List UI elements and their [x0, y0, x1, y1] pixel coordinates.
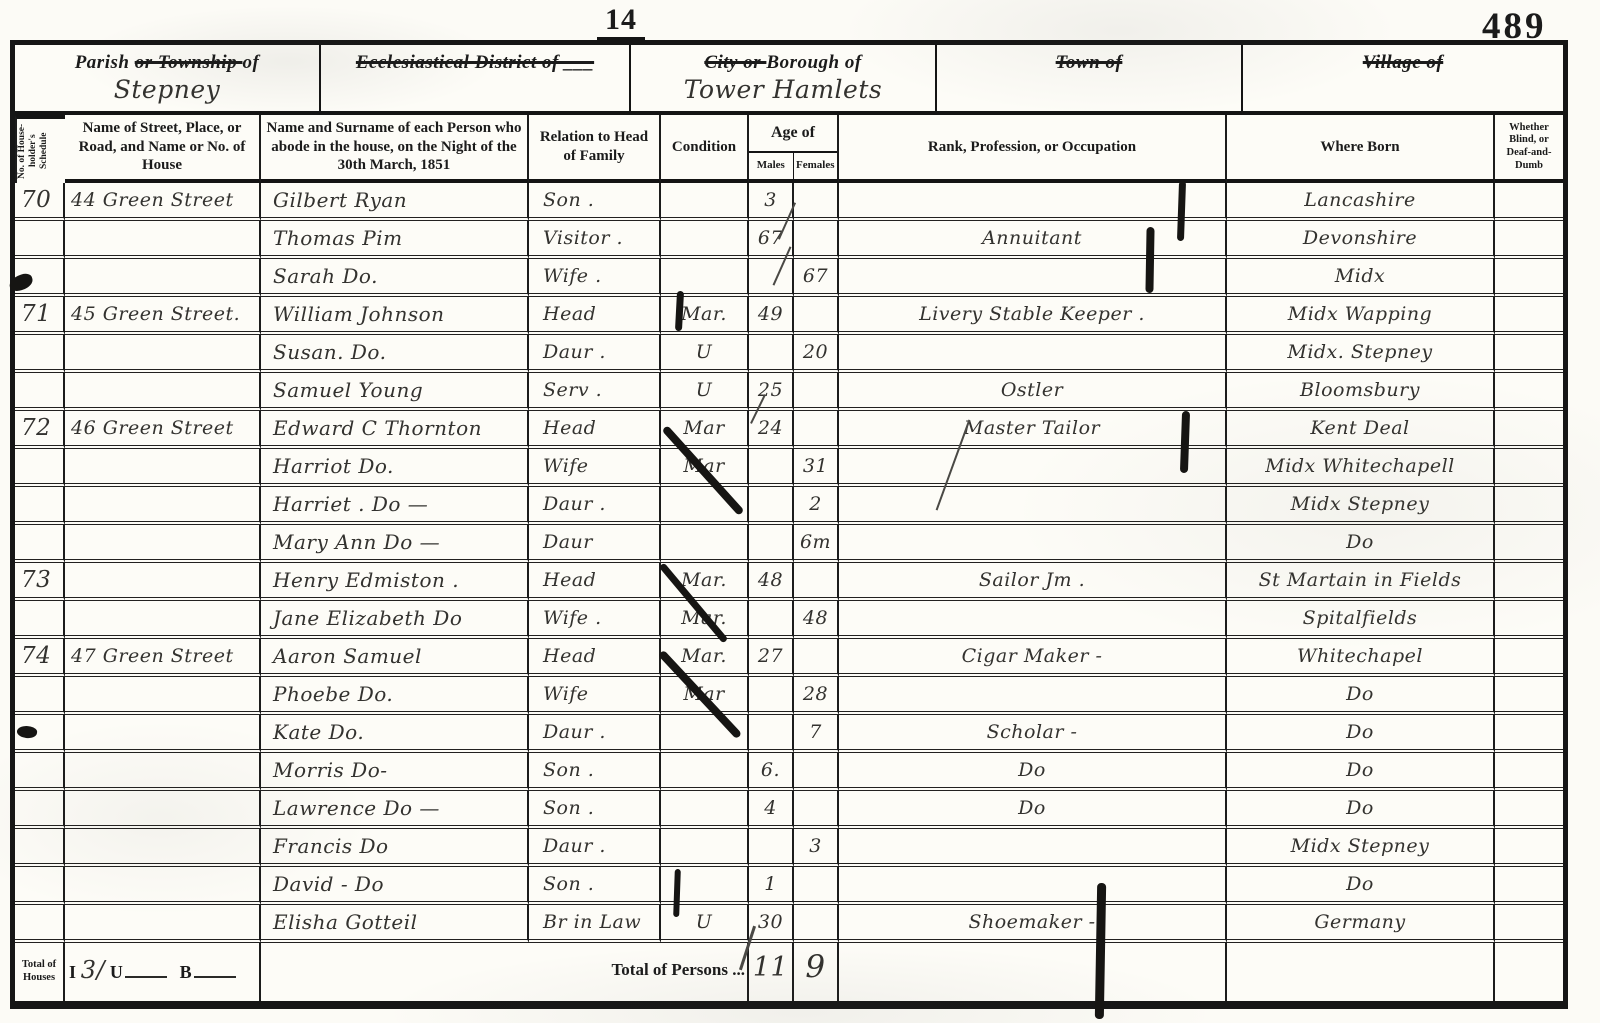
borough-cell: City or Borough of Tower Hamlets	[631, 45, 937, 111]
column-header-occupation: Rank, Profession, or Occupation	[839, 115, 1227, 183]
cell-age-male: 67	[749, 221, 794, 259]
cell-relation: Daur .	[529, 487, 661, 525]
cell-where-born: Lancashire	[1227, 183, 1495, 221]
cell-condition: U	[661, 905, 749, 943]
column-header-schedule: No. of House-holder's Schedule	[15, 115, 65, 183]
cell-occupation	[839, 867, 1227, 905]
cell-age-male	[749, 487, 794, 525]
cell-relation: Serv .	[529, 373, 661, 411]
cell-street	[65, 373, 261, 411]
cell-where-born: Do	[1227, 867, 1495, 905]
cell-street	[65, 753, 261, 791]
column-header-relation: Relation to Head of Family	[529, 115, 661, 183]
cell-person-name: Edward C Thornton	[261, 411, 529, 449]
cell-age-male: 27	[749, 639, 794, 677]
cell-where-born: Do	[1227, 677, 1495, 715]
cell-infirm	[1495, 601, 1563, 639]
column-header-street: Name of Street, Place, or Road, and Name…	[65, 115, 261, 183]
cell-street	[65, 563, 261, 601]
cell-relation: Wife	[529, 677, 661, 715]
total-males: 11	[749, 943, 794, 1001]
total-occupation-blank	[839, 943, 1227, 1001]
cell-street	[65, 601, 261, 639]
borough-value: Tower Hamlets	[631, 75, 935, 104]
cell-infirm	[1495, 829, 1563, 867]
cell-relation: Head	[529, 411, 661, 449]
cell-street	[65, 335, 261, 373]
cell-age-female: 67	[794, 259, 839, 297]
cell-age-male	[749, 449, 794, 487]
total-houses-value: 3/	[81, 956, 105, 984]
parish-cell: Parish or Township of Stepney	[15, 45, 321, 111]
cell-condition	[661, 259, 749, 297]
cell-age-female	[794, 563, 839, 601]
cell-age-male	[749, 715, 794, 753]
cell-relation: Visitor .	[529, 221, 661, 259]
cell-condition: Mar	[661, 449, 749, 487]
cell-where-born: St Martain in Fields	[1227, 563, 1495, 601]
cell-relation: Wife .	[529, 259, 661, 297]
cell-person-name: Sarah Do.	[261, 259, 529, 297]
cell-schedule-number	[15, 715, 65, 753]
cell-age-male	[749, 335, 794, 373]
cell-street	[65, 905, 261, 943]
cell-age-female	[794, 639, 839, 677]
cell-infirm	[1495, 297, 1563, 335]
cell-street	[65, 449, 261, 487]
total-persons-label: Total of Persons ...	[261, 943, 749, 1001]
cell-person-name: Gilbert Ryan	[261, 183, 529, 221]
cell-person-name: Morris Do-	[261, 753, 529, 791]
cell-age-female: 28	[794, 677, 839, 715]
cell-schedule-number	[15, 259, 65, 297]
cell-age-female	[794, 297, 839, 335]
cell-where-born: Do	[1227, 791, 1495, 829]
cell-relation: Son .	[529, 867, 661, 905]
cell-age-female: 31	[794, 449, 839, 487]
cell-street: 45 Green Street.	[65, 297, 261, 335]
village-cell: Village of	[1243, 45, 1563, 111]
cell-occupation	[839, 601, 1227, 639]
cell-relation: Wife .	[529, 601, 661, 639]
cell-occupation: Do	[839, 791, 1227, 829]
cell-person-name: Aaron Samuel	[261, 639, 529, 677]
cell-street: 46 Green Street	[65, 411, 261, 449]
cell-infirm	[1495, 753, 1563, 791]
cell-age-male	[749, 677, 794, 715]
cell-age-female: 7	[794, 715, 839, 753]
cell-condition: Mar	[661, 411, 749, 449]
cell-condition	[661, 183, 749, 221]
cell-occupation	[839, 829, 1227, 867]
census-sheet: Parish or Township of Stepney Ecclesiast…	[10, 40, 1568, 1009]
cell-infirm	[1495, 411, 1563, 449]
cell-relation: Daur .	[529, 335, 661, 373]
cell-street: 47 Green Street	[65, 639, 261, 677]
inhabited-label: I	[69, 962, 76, 982]
cell-street	[65, 829, 261, 867]
town-label: Town of	[1056, 52, 1123, 73]
building-blank	[194, 964, 236, 978]
page-number: 14	[597, 3, 645, 41]
cell-infirm	[1495, 373, 1563, 411]
census-scan-page: { "page": { "page_number": "14", "folio_…	[0, 0, 1600, 1023]
cell-condition: U	[661, 373, 749, 411]
cell-where-born: Midx Stepney	[1227, 487, 1495, 525]
cell-street	[65, 867, 261, 905]
cell-street	[65, 677, 261, 715]
cell-age-female	[794, 905, 839, 943]
cell-condition: Mar	[661, 677, 749, 715]
cell-age-female	[794, 411, 839, 449]
cell-schedule-number	[15, 373, 65, 411]
cell-person-name: Samuel Young	[261, 373, 529, 411]
cell-infirm	[1495, 335, 1563, 373]
cell-where-born: Do	[1227, 753, 1495, 791]
cell-condition	[661, 487, 749, 525]
cell-age-female: 20	[794, 335, 839, 373]
cell-occupation: Annuitant	[839, 221, 1227, 259]
cell-where-born: Germany	[1227, 905, 1495, 943]
column-header-born: Where Born	[1227, 115, 1495, 183]
cell-where-born: Spitalfields	[1227, 601, 1495, 639]
total-born-blank	[1227, 943, 1495, 1001]
cell-person-name: Susan. Do.	[261, 335, 529, 373]
cell-person-name: Harriot Do.	[261, 449, 529, 487]
cell-street: 44 Green Street	[65, 183, 261, 221]
cell-where-born: Devonshire	[1227, 221, 1495, 259]
cell-age-male: 25	[749, 373, 794, 411]
cell-age-female	[794, 867, 839, 905]
cell-occupation: Ostler	[839, 373, 1227, 411]
cell-age-male	[749, 259, 794, 297]
cell-infirm	[1495, 715, 1563, 753]
cell-where-born: Midx Whitechapell	[1227, 449, 1495, 487]
cell-infirm	[1495, 221, 1563, 259]
cell-occupation	[839, 449, 1227, 487]
cell-relation: Daur .	[529, 715, 661, 753]
cell-age-female	[794, 373, 839, 411]
cell-infirm	[1495, 677, 1563, 715]
cell-person-name: Harriet . Do —	[261, 487, 529, 525]
ecclesiastical-district-cell: Ecclesiastical District of ___	[321, 45, 631, 111]
cell-infirm	[1495, 183, 1563, 221]
cell-age-male: 3	[749, 183, 794, 221]
cell-relation: Br in Law	[529, 905, 661, 943]
column-header-infirm: Whether Blind, or Deaf-and-Dumb	[1495, 115, 1563, 183]
cell-condition: Mar.	[661, 601, 749, 639]
cell-person-name: Jane Elizabeth Do	[261, 601, 529, 639]
parish-label: Parish or Township of	[75, 52, 260, 73]
cell-person-name: Thomas Pim	[261, 221, 529, 259]
cell-occupation: Master Tailor	[839, 411, 1227, 449]
cell-where-born: Do	[1227, 715, 1495, 753]
cell-infirm	[1495, 449, 1563, 487]
cell-street	[65, 487, 261, 525]
cell-occupation: Shoemaker -	[839, 905, 1227, 943]
cell-age-female	[794, 753, 839, 791]
cell-person-name: Francis Do	[261, 829, 529, 867]
cell-occupation	[839, 525, 1227, 563]
cell-condition	[661, 221, 749, 259]
cell-where-born: Whitechapel	[1227, 639, 1495, 677]
cell-relation: Son .	[529, 753, 661, 791]
cell-age-male	[749, 525, 794, 563]
cell-condition	[661, 753, 749, 791]
cell-person-name: Phoebe Do.	[261, 677, 529, 715]
column-header-names: Name and Surname of each Person who abod…	[261, 115, 529, 183]
cell-age-female: 2	[794, 487, 839, 525]
cell-age-male: 6.	[749, 753, 794, 791]
cell-where-born: Do	[1227, 525, 1495, 563]
parish-value: Stepney	[15, 75, 319, 104]
cell-schedule-number	[15, 221, 65, 259]
cell-condition: U	[661, 335, 749, 373]
column-header-condition: Condition	[661, 115, 749, 183]
cell-age-male: 48	[749, 563, 794, 601]
cell-relation: Head	[529, 563, 661, 601]
cell-person-name: Lawrence Do —	[261, 791, 529, 829]
cell-occupation	[839, 335, 1227, 373]
cell-schedule-number	[15, 487, 65, 525]
cell-schedule-number	[15, 791, 65, 829]
cell-schedule-number	[15, 829, 65, 867]
cell-occupation: Sailor Jm .	[839, 563, 1227, 601]
cell-occupation: Do	[839, 753, 1227, 791]
cell-street	[65, 259, 261, 297]
cell-infirm	[1495, 563, 1563, 601]
cell-infirm	[1495, 639, 1563, 677]
total-infirm-blank	[1495, 943, 1563, 1001]
ecclesiastical-district-label: Ecclesiastical District of ___	[356, 52, 594, 73]
cell-infirm	[1495, 259, 1563, 297]
cell-condition	[661, 791, 749, 829]
total-houses-label: Total of Houses	[15, 943, 65, 1001]
cell-condition: Mar.	[661, 639, 749, 677]
cell-age-female: 3	[794, 829, 839, 867]
total-females: 9	[794, 943, 839, 1001]
cell-age-male: 49	[749, 297, 794, 335]
cell-occupation	[839, 183, 1227, 221]
uninhabited-label: U	[110, 962, 123, 982]
cell-condition: Mar.	[661, 297, 749, 335]
building-label: B	[180, 962, 192, 982]
cell-age-male: 4	[749, 791, 794, 829]
cell-schedule-number: 72	[15, 411, 65, 449]
cell-schedule-number	[15, 905, 65, 943]
cell-schedule-number: 74	[15, 639, 65, 677]
cell-street	[65, 791, 261, 829]
cell-person-name: David - Do	[261, 867, 529, 905]
cell-age-male	[749, 601, 794, 639]
cell-street	[65, 221, 261, 259]
cell-where-born: Midx. Stepney	[1227, 335, 1495, 373]
cell-relation: Daur	[529, 525, 661, 563]
cell-relation: Son .	[529, 183, 661, 221]
cell-condition	[661, 867, 749, 905]
cell-schedule-number	[15, 753, 65, 791]
cell-relation: Head	[529, 639, 661, 677]
cell-schedule-number	[15, 601, 65, 639]
cell-age-female	[794, 221, 839, 259]
cell-where-born: Kent Deal	[1227, 411, 1495, 449]
cell-schedule-number	[15, 525, 65, 563]
cell-age-female: 48	[794, 601, 839, 639]
cell-age-male: 1	[749, 867, 794, 905]
cell-where-born: Midx Wapping	[1227, 297, 1495, 335]
cell-schedule-number	[15, 335, 65, 373]
cell-occupation	[839, 259, 1227, 297]
cell-person-name: Mary Ann Do —	[261, 525, 529, 563]
cell-infirm	[1495, 867, 1563, 905]
cell-schedule-number	[15, 677, 65, 715]
cell-where-born: Midx Stepney	[1227, 829, 1495, 867]
cell-person-name: William Johnson	[261, 297, 529, 335]
cell-age-male: 24	[749, 411, 794, 449]
cell-street	[65, 715, 261, 753]
males-label: Males	[749, 153, 794, 179]
cell-age-female	[794, 183, 839, 221]
town-cell: Town of	[937, 45, 1243, 111]
cell-schedule-number: 73	[15, 563, 65, 601]
census-table: No. of House-holder's Schedule Name of S…	[15, 115, 1563, 1001]
cell-condition: Mar.	[661, 563, 749, 601]
cell-condition	[661, 525, 749, 563]
cell-relation: Daur .	[529, 829, 661, 867]
cell-street	[65, 525, 261, 563]
cell-schedule-number	[15, 449, 65, 487]
cell-occupation	[839, 677, 1227, 715]
total-houses-values: I 3/ U B	[65, 943, 261, 1001]
cell-occupation: Cigar Maker -	[839, 639, 1227, 677]
cell-where-born: Midx	[1227, 259, 1495, 297]
column-header-age: Age of Males Females	[749, 115, 839, 183]
cell-relation: Son .	[529, 791, 661, 829]
cell-person-name: Henry Edmiston .	[261, 563, 529, 601]
cell-age-male: 30	[749, 905, 794, 943]
uninhabited-blank	[125, 964, 167, 978]
cell-relation: Wife	[529, 449, 661, 487]
cell-infirm	[1495, 905, 1563, 943]
cell-infirm	[1495, 525, 1563, 563]
cell-schedule-number	[15, 867, 65, 905]
cell-person-name: Elisha Gotteil	[261, 905, 529, 943]
cell-infirm	[1495, 791, 1563, 829]
district-header: Parish or Township of Stepney Ecclesiast…	[15, 45, 1563, 115]
cell-schedule-number: 71	[15, 297, 65, 335]
age-of-label: Age of	[749, 115, 837, 153]
females-label: Females	[794, 153, 838, 179]
cell-schedule-number: 70	[15, 183, 65, 221]
cell-condition	[661, 829, 749, 867]
cell-occupation: Livery Stable Keeper .	[839, 297, 1227, 335]
cell-occupation	[839, 487, 1227, 525]
cell-occupation: Scholar -	[839, 715, 1227, 753]
cell-age-female: 6m	[794, 525, 839, 563]
cell-infirm	[1495, 487, 1563, 525]
cell-where-born: Bloomsbury	[1227, 373, 1495, 411]
village-label: Village of	[1363, 52, 1443, 73]
cell-condition	[661, 715, 749, 753]
borough-label: City or Borough of	[704, 52, 861, 73]
cell-relation: Head	[529, 297, 661, 335]
cell-age-male	[749, 829, 794, 867]
cell-age-female	[794, 791, 839, 829]
cell-person-name: Kate Do.	[261, 715, 529, 753]
